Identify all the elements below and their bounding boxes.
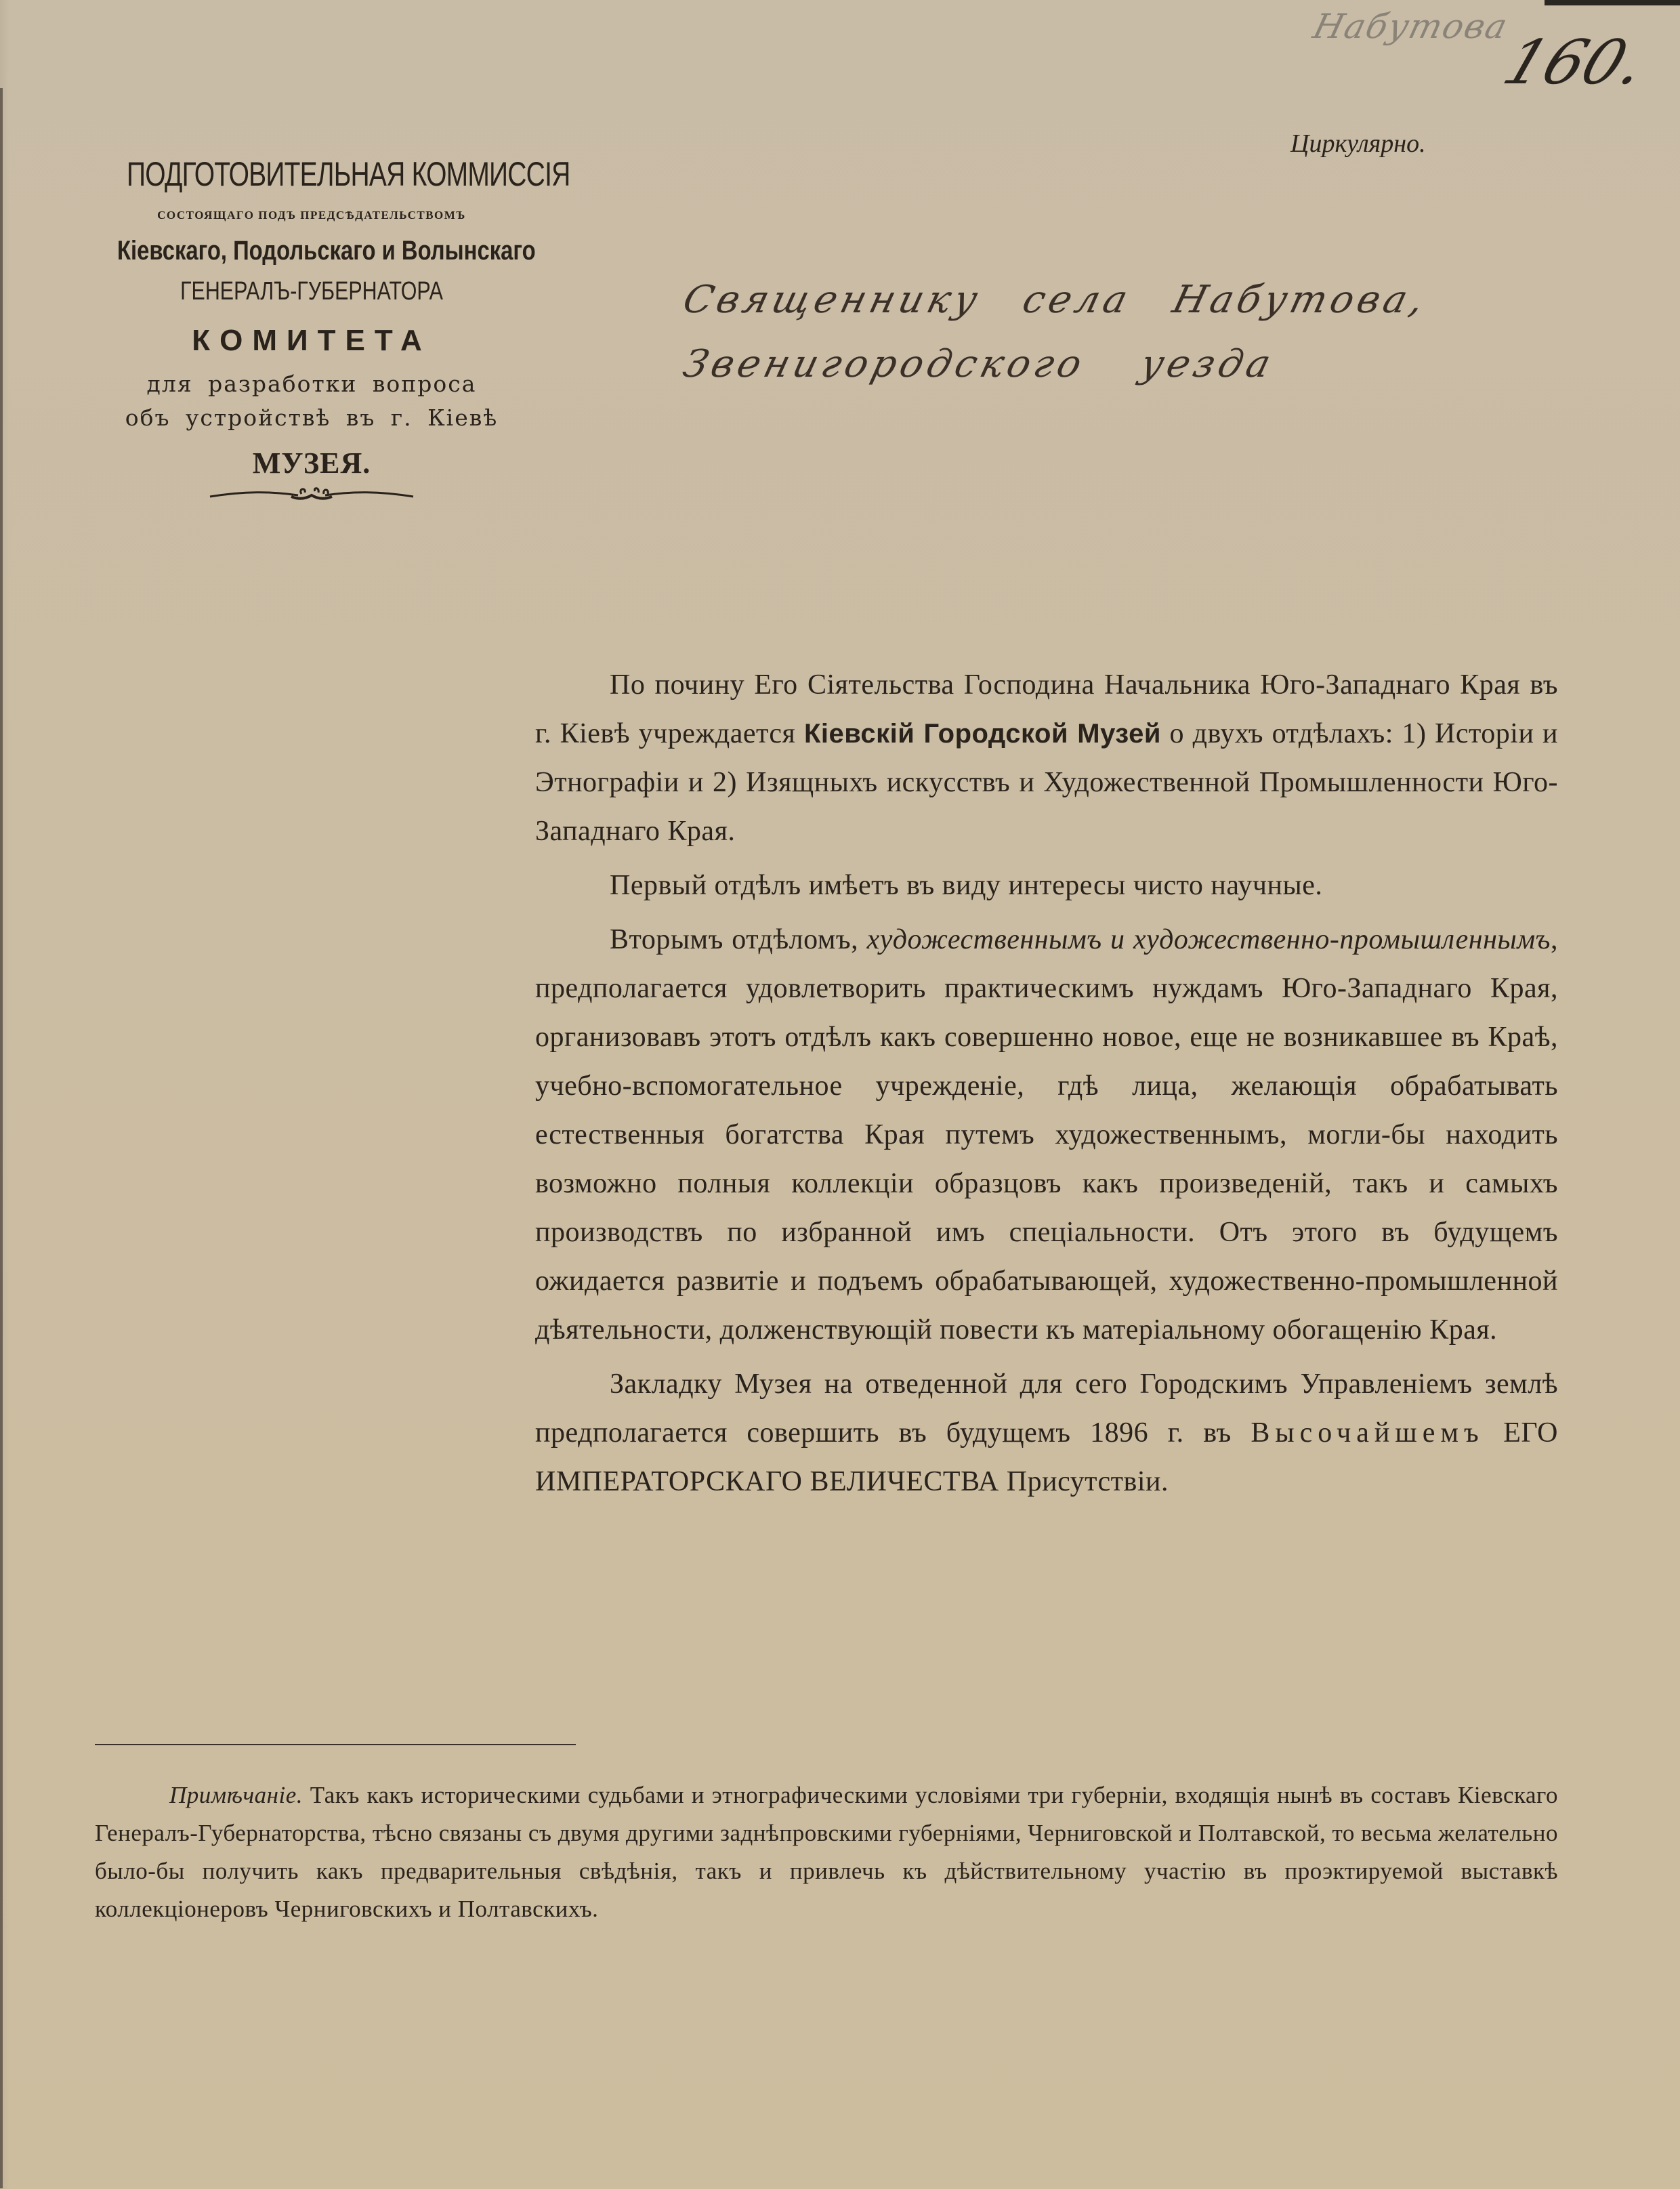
p3-italic: художественнымъ и художественно-промышле… <box>867 924 1551 955</box>
footnote-text: Такъ какъ историческими судьбами и этног… <box>95 1782 1558 1922</box>
p3-text-b: , предполагается удовлетворить практичес… <box>535 924 1558 1346</box>
paper-page: Набутова 160. ПОДГОТОВИТЕЛЬНАЯ КОММИССІЯ… <box>0 0 1680 2189</box>
paragraph-4: Закладку Музея на отведенной для сего Го… <box>535 1360 1558 1506</box>
paragraph-1: По почину Его Сіятельства Господина Нача… <box>535 661 1558 856</box>
letterhead-committee: КОМИТЕТА <box>75 324 549 358</box>
footnote-label: Примѣчаніе. <box>169 1782 303 1808</box>
footnote-divider <box>95 1744 576 1745</box>
body-text: По почину Его Сіятельства Господина Нача… <box>535 661 1558 1506</box>
letterhead-museum: МУЗЕЯ. <box>75 446 549 480</box>
document-number: 160. <box>1494 27 1656 98</box>
page-left-edge <box>0 88 3 2188</box>
letterhead-chair: СОСТОЯЩАГО ПОДЪ ПРЕДСѢДАТЕЛЬСТВОМЪ <box>75 209 549 222</box>
p4-spaced: Высочайшемъ <box>1251 1417 1484 1448</box>
footnote: Примѣчаніе. Такъ какъ историческими судь… <box>95 1776 1558 1928</box>
circular-mark: Циркулярно. <box>1290 129 1426 159</box>
letterhead: ПОДГОТОВИТЕЛЬНАЯ КОММИССІЯ СОСТОЯЩАГО ПО… <box>75 142 549 502</box>
letterhead-commission: ПОДГОТОВИТЕЛЬНАЯ КОММИССІЯ <box>127 154 497 194</box>
ornament-flourish-icon <box>203 486 420 502</box>
handwritten-address-line-1: Священнику села Набутова, <box>679 278 1432 322</box>
p3-text-a: Вторымъ отдѣломъ, <box>610 924 867 955</box>
footnote-paragraph: Примѣчаніе. Такъ какъ историческими судь… <box>95 1776 1558 1928</box>
paragraph-3: Вторымъ отдѣломъ, художественнымъ и худо… <box>535 915 1558 1354</box>
letterhead-purpose-1: для разработки вопроса <box>75 367 549 401</box>
handwritten-address-line-2: Звенигородского уезда <box>679 342 1279 386</box>
letterhead-purpose-2: объ устройствѣ въ г. Кіевѣ <box>75 401 549 435</box>
museum-name-bold: Кіевскій Городской Музей <box>804 719 1161 749</box>
pencil-note: Набутова <box>1309 7 1513 46</box>
page-edge-shadow <box>1545 0 1680 5</box>
paragraph-2: Первый отдѣлъ имѣетъ въ виду интересы чи… <box>535 861 1558 910</box>
letterhead-governor: ГЕНЕРАЛЪ-ГУБЕРНАТОРА <box>122 277 501 306</box>
letterhead-provinces: Кіевскаго, Подольскаго и Волынскаго <box>117 236 506 266</box>
